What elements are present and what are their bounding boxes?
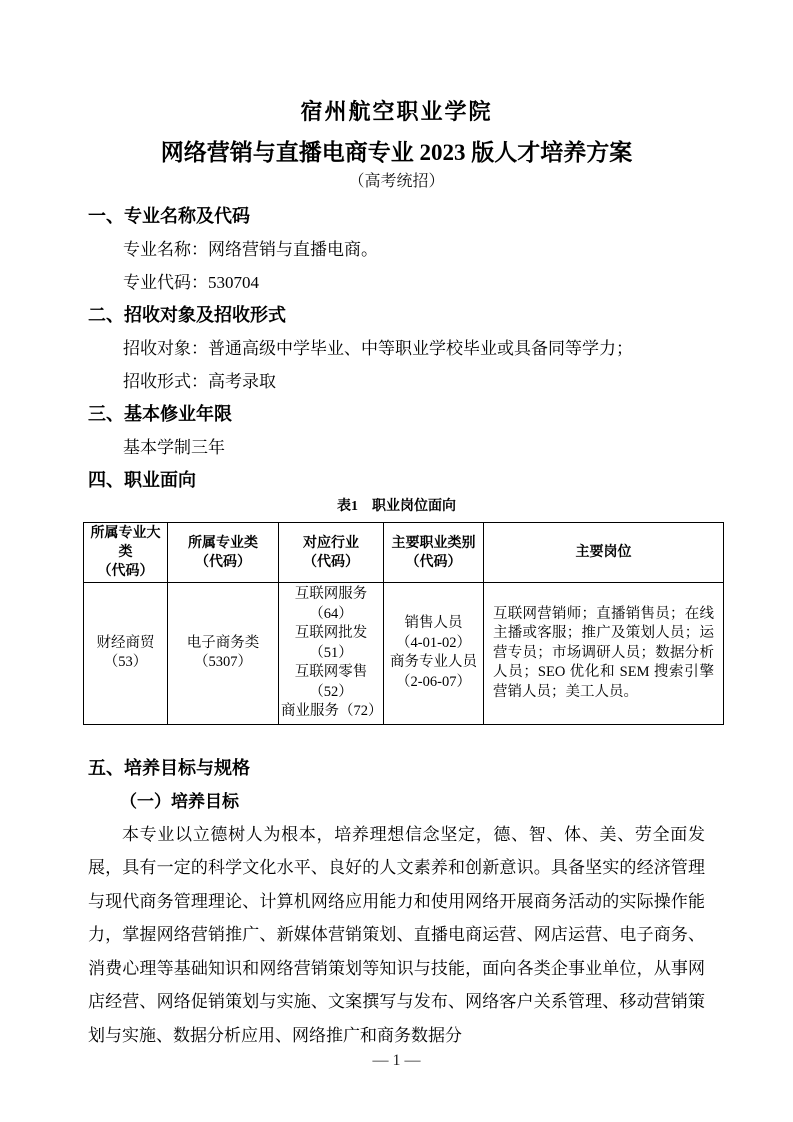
schooling-years-line: 基本学制三年 (88, 431, 705, 464)
col-header-major-class: 所属专业类 （代码） (168, 523, 279, 583)
col-header-industry-category: 所属专业大类 （代码） (84, 523, 168, 583)
document-page: 宿州航空职业学院 网络营销与直播电商专业 2023 版人才培养方案 （高考统招）… (0, 0, 793, 1122)
admission-target-line: 招收对象：普通高级中学毕业、中等职业学校毕业或具备同等学力； (88, 332, 705, 365)
industries-cell: 互联网服务 （64） 互联网批发 （51） 互联网零售 （52） 商业服务（72… (279, 583, 384, 725)
col-header-positions: 主要岗位 (484, 523, 724, 583)
training-objective-paragraph: 本专业以立德树人为根本，培养理想信念坚定，德、智、体、美、劳全面发展，具有一定的… (88, 818, 705, 1053)
admission-form-line: 招收形式：高考录取 (88, 365, 705, 398)
table-row: 财经商贸 （53） 电子商务类 （5307） 互联网服务 （64） 互联网批发 … (84, 583, 724, 725)
table-caption: 表1 职业岗位面向 (88, 497, 705, 517)
occupations-cell: 销售人员 （4-01-02） 商务专业人员 （2-06-07） (384, 583, 484, 725)
document-subtitle: 网络营销与直播电商专业 2023 版人才培养方案 (88, 136, 705, 170)
section-2-heading: 二、招收对象及招收形式 (88, 299, 705, 332)
training-objective-subheading: （一）培养目标 (88, 785, 705, 818)
section-5-heading: 五、培养目标与规格 (88, 752, 705, 785)
table-header-row: 所属专业大类 （代码） 所属专业类 （代码） 对应行业 （代码） 主要职业类别 … (84, 523, 724, 583)
document-body: 一、专业名称及代码 专业名称：网络营销与直播电商。 专业代码：530704 二、… (88, 200, 705, 1052)
section-4-heading: 四、职业面向 (88, 464, 705, 497)
major-class-cell: 电子商务类 （5307） (168, 583, 279, 725)
col-header-industries: 对应行业 （代码） (279, 523, 384, 583)
admission-type-note: （高考统招） (88, 170, 705, 194)
title-block: 宿州航空职业学院 网络营销与直播电商专业 2023 版人才培养方案 （高考统招） (88, 96, 705, 194)
section-1-heading: 一、专业名称及代码 (88, 200, 705, 233)
col-header-occupations: 主要职业类别 （代码） (384, 523, 484, 583)
major-code-line: 专业代码：530704 (88, 266, 705, 299)
section-3-heading: 三、基本修业年限 (88, 398, 705, 431)
page-number: — 1 — (0, 1052, 793, 1070)
industry-category-cell: 财经商贸 （53） (84, 583, 168, 725)
job-orientation-table: 所属专业大类 （代码） 所属专业类 （代码） 对应行业 （代码） 主要职业类别 … (83, 522, 724, 725)
major-name-line: 专业名称：网络营销与直播电商。 (88, 233, 705, 266)
document-title: 宿州航空职业学院 (88, 96, 705, 128)
positions-cell: 互联网营销师；直播销售员；在线主播或客服；推广及策划人员；运营专员；市场调研人员… (484, 583, 724, 725)
